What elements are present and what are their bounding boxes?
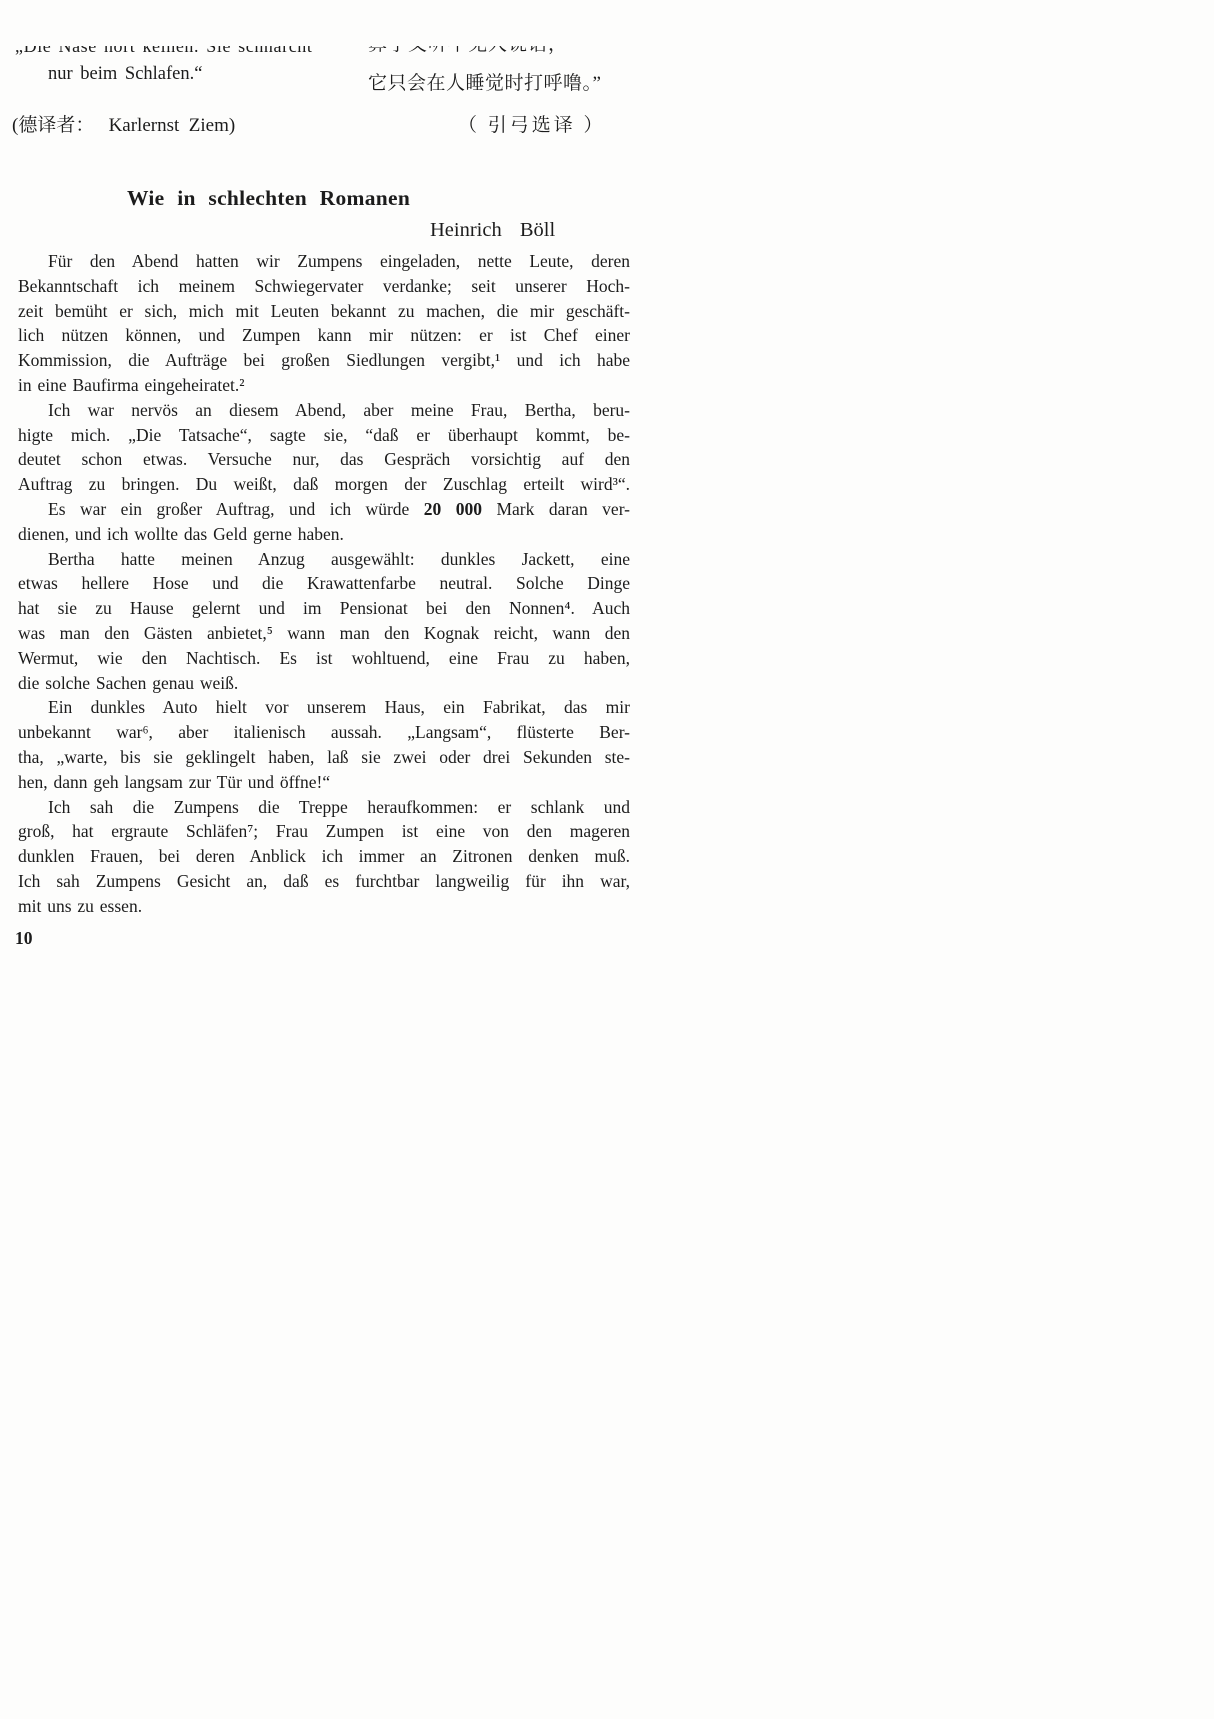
text-line: Kommission, die Aufträge bei großen Sied… (18, 348, 630, 373)
text-line: Ich sah Zumpens Gesicht an, daß es furch… (18, 869, 630, 894)
text-line: hen, dann geh langsam zur Tür und öffne!… (18, 770, 630, 795)
story-title: Wie in schlechten Romanen (127, 186, 410, 211)
text-line: hat sie zu Hause gelernt und im Pensiona… (18, 596, 630, 621)
text-line: was man den Gästen anbietet,⁵ wann man d… (18, 621, 630, 646)
text-line: lich nützen können, und Zumpen kann mir … (18, 323, 630, 348)
chinese-quote-clipped-line: 鼻子又听不见人说话， (368, 46, 568, 57)
article-body: Für den Abend hatten wir Zumpens eingela… (18, 249, 630, 919)
text-line: Es war ein großer Auftrag, und ich würde… (18, 497, 630, 522)
text-line: tha, „warte, bis sie geklingelt haben, l… (18, 745, 630, 770)
author-name: Heinrich Böll (430, 219, 555, 242)
text-line: die solche Sachen genau weiß. (18, 671, 630, 696)
text-line: Ein dunkles Auto hielt vor unserem Haus,… (18, 695, 630, 720)
text-line: zeit bemüht er sich, mich mit Leuten bek… (18, 299, 630, 324)
german-quote-clipped-line: „Die Nase hört keinen. Sie schnarcht (15, 46, 313, 57)
text-line: Bertha hatte meinen Anzug ausgewählt: du… (18, 547, 630, 572)
text-line: in eine Baufirma eingeheiratet.² (18, 373, 630, 398)
text-line: Wermut, wie den Nachtisch. Es ist wohltu… (18, 646, 630, 671)
text-line: mit uns zu essen. (18, 894, 630, 919)
clipped-text-row: „Die Nase hört keinen. Sie schnarcht 鼻子又… (0, 46, 1214, 63)
page-number: 10 (15, 928, 33, 949)
text-line: Für den Abend hatten wir Zumpens eingela… (18, 249, 630, 274)
text-line: Bekanntschaft ich meinem Schwiegervater … (18, 274, 630, 299)
text-line: Ich sah die Zumpens die Treppe heraufkom… (18, 795, 630, 820)
german-quote-line: nur beim Schlafen.“ (48, 64, 202, 85)
text-line: dunklen Frauen, bei deren Anblick ich im… (18, 844, 630, 869)
text-line: Ich war nervös an diesem Abend, aber mei… (18, 398, 630, 423)
chinese-quote-line: 它只会在人睡觉时打呼噜。” (368, 68, 601, 95)
selector-credit: （ 引弓选译 ） (458, 110, 606, 137)
text-line: dienen, und ich wollte das Geld gerne ha… (18, 522, 630, 547)
text-line: etwas hellere Hose und die Krawattenfarb… (18, 571, 630, 596)
text-line: deutet schon etwas. Versuche nur, das Ge… (18, 447, 630, 472)
translator-credit: (德译者： Karlernst Ziem) (12, 110, 235, 137)
text-line: groß, hat ergraute Schläfen⁷; Frau Zumpe… (18, 819, 630, 844)
scanned-page: „Die Nase hört keinen. Sie schnarcht 鼻子又… (0, 0, 1214, 1719)
text-line: unbekannt war⁶, aber italienisch aussah.… (18, 720, 630, 745)
text-line: higte mich. „Die Tatsache“, sagte sie, “… (18, 423, 630, 448)
text-line: Auftrag zu bringen. Du weißt, daß morgen… (18, 472, 630, 497)
